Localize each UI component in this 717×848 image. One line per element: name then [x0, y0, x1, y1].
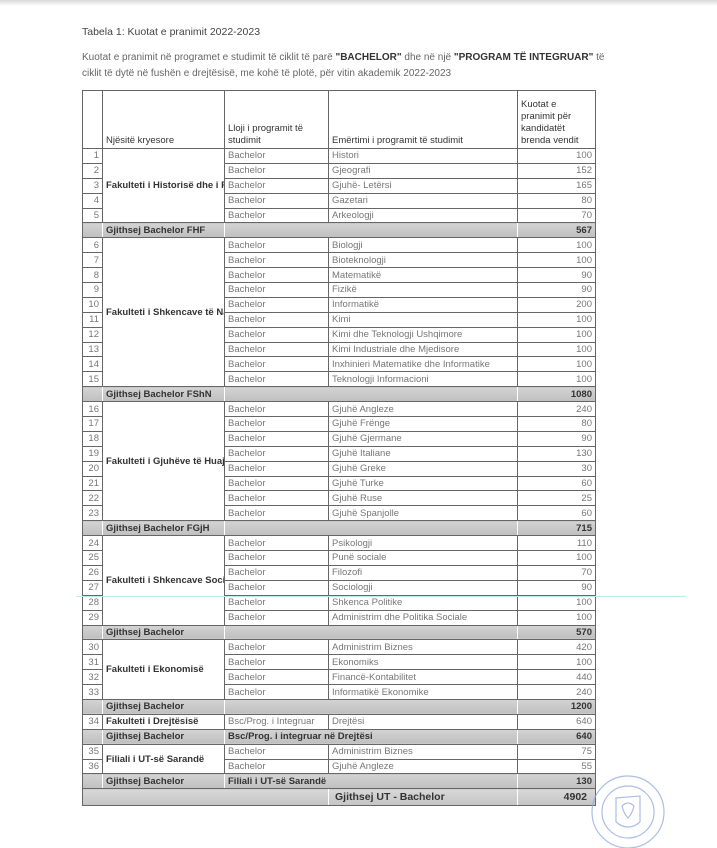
grand-total-row: Gjithsej UT - Bachelor4902 [83, 789, 596, 806]
subtotal-spacer [83, 699, 103, 714]
subtotal-label: Gjithsej Bachelor FHF [103, 223, 225, 238]
subtotal-middle [225, 387, 518, 402]
program-name: Kimi Industriale dhe Mjedisore [329, 342, 518, 357]
row-number: 1 [83, 149, 103, 164]
program-type: Bachelor [225, 446, 329, 461]
row-number: 15 [83, 372, 103, 387]
program-name: Gjuhë Ruse [329, 491, 518, 506]
subtotal-label: Gjithsej Bachelor [103, 699, 225, 714]
subtotal-spacer [83, 774, 103, 789]
subtotal-label: Gjithsej Bachelor FGjH [103, 521, 225, 536]
table-caption: Tabela 1: Kuotat e pranimit 2022-2023 [82, 26, 260, 38]
table-row: 35Filiali i UT-së SarandëBachelorAdminis… [83, 744, 596, 759]
table-row: 24Fakulteti i Shkencave SocialeBachelorP… [83, 536, 596, 551]
program-name: Gjuhë Turke [329, 476, 518, 491]
intro-text-2: dhe në një [402, 52, 454, 63]
subtotal-spacer [83, 223, 103, 238]
row-number: 6 [83, 238, 103, 253]
grand-total-label: Gjithsej UT - Bachelor [329, 789, 518, 806]
program-type: Bachelor [225, 506, 329, 521]
program-name: Psikologji [329, 536, 518, 551]
program-name: Gjuhë Frënge [329, 417, 518, 432]
quota-value: 90 [518, 268, 596, 283]
subtotal-middle: Filiali i UT-së Sarandë [225, 774, 518, 789]
row-number: 26 [83, 565, 103, 580]
subtotal-label: Gjithsej Bachelor FShN [103, 387, 225, 402]
row-number: 34 [83, 714, 103, 729]
program-type: Bsc/Prog. i Integruar [225, 714, 329, 729]
program-type: Bachelor [225, 149, 329, 164]
header-quota: Kuotat e pranimit për kandidatët brenda … [518, 91, 596, 149]
subtotal-row: Gjithsej Bachelor FGjH715 [83, 521, 596, 536]
program-name: Fizikë [329, 283, 518, 298]
subtotal-label: Gjithsej Bachelor [103, 625, 225, 640]
subtotal-value: 130 [518, 774, 596, 789]
quota-value: 440 [518, 670, 596, 685]
program-name: Gazetari [329, 193, 518, 208]
row-number: 4 [83, 193, 103, 208]
intro-paragraph: Kuotat e pranimit në programet e studimi… [82, 50, 622, 82]
program-name: Gjeografi [329, 163, 518, 178]
quota-value: 200 [518, 297, 596, 312]
program-type: Bachelor [225, 253, 329, 268]
program-type: Bachelor [225, 461, 329, 476]
program-type: Bachelor [225, 163, 329, 178]
subtotal-value: 1200 [518, 699, 596, 714]
quota-value: 30 [518, 461, 596, 476]
subtotal-row: Gjithsej BachelorBsc/Prog. i integruar n… [83, 729, 596, 744]
row-number: 21 [83, 476, 103, 491]
program-name: Teknologji Informacioni [329, 372, 518, 387]
row-number: 8 [83, 268, 103, 283]
quota-value: 100 [518, 357, 596, 372]
program-type: Bachelor [225, 193, 329, 208]
subtotal-label: Gjithsej Bachelor [103, 729, 225, 744]
subtotal-spacer [83, 387, 103, 402]
quota-value: 100 [518, 312, 596, 327]
program-type: Bachelor [225, 372, 329, 387]
quota-value: 165 [518, 178, 596, 193]
row-number: 16 [83, 402, 103, 417]
row-number: 13 [83, 342, 103, 357]
program-type: Bachelor [225, 744, 329, 759]
program-name: Gjuhë- Letërsi [329, 178, 518, 193]
quota-value: 100 [518, 595, 596, 610]
table-row: 34Fakulteti i DrejtësisëBsc/Prog. i Inte… [83, 714, 596, 729]
grand-total-value: 4902 [518, 789, 596, 806]
program-type: Bachelor [225, 297, 329, 312]
header-unit: Njësitë kryesore [103, 91, 225, 149]
program-type: Bachelor [225, 565, 329, 580]
program-name: Matematikë [329, 268, 518, 283]
row-number: 9 [83, 283, 103, 298]
subtotal-spacer [83, 729, 103, 744]
subtotal-middle [225, 699, 518, 714]
header-type: Lloji i programit të studimit [225, 91, 329, 149]
program-type: Bachelor [225, 342, 329, 357]
subtotal-middle [225, 625, 518, 640]
program-name: Gjuhë Angleze [329, 759, 518, 774]
program-type: Bachelor [225, 551, 329, 566]
quota-value: 90 [518, 580, 596, 595]
program-type: Bachelor [225, 312, 329, 327]
subtotal-value: 715 [518, 521, 596, 536]
program-name: Gjuhë Gjermane [329, 431, 518, 446]
row-number: 14 [83, 357, 103, 372]
program-type: Bachelor [225, 580, 329, 595]
program-name: Filozofi [329, 565, 518, 580]
row-number: 17 [83, 417, 103, 432]
quota-value: 70 [518, 208, 596, 223]
row-number: 24 [83, 536, 103, 551]
program-type: Bachelor [225, 476, 329, 491]
program-name: Gjuhë Italiane [329, 446, 518, 461]
program-name: Gjuhë Angleze [329, 402, 518, 417]
quota-value: 80 [518, 417, 596, 432]
program-type: Bachelor [225, 238, 329, 253]
quota-value: 60 [518, 476, 596, 491]
quota-value: 100 [518, 372, 596, 387]
program-type: Bachelor [225, 655, 329, 670]
quota-value: 240 [518, 685, 596, 700]
row-number: 2 [83, 163, 103, 178]
quota-value: 90 [518, 283, 596, 298]
page-top-shadow [0, 0, 717, 6]
subtotal-value: 640 [518, 729, 596, 744]
row-number: 10 [83, 297, 103, 312]
table-row: 16Fakulteti i Gjuhëve të HuajaBachelorGj… [83, 402, 596, 417]
subtotal-spacer [83, 521, 103, 536]
program-type: Bachelor [225, 491, 329, 506]
quota-value: 110 [518, 536, 596, 551]
program-type: Bachelor [225, 640, 329, 655]
program-name: Ekonomiks [329, 655, 518, 670]
unit-name: Filiali i UT-së Sarandë [103, 744, 225, 774]
quota-value: 100 [518, 149, 596, 164]
subtotal-value: 1080 [518, 387, 596, 402]
quota-value: 75 [518, 744, 596, 759]
table-header-row: Njësitë kryesore Lloji i programit të st… [83, 91, 596, 149]
program-name: Sociologji [329, 580, 518, 595]
program-name: Gjuhë Spanjolle [329, 506, 518, 521]
admission-quota-table: Njësitë kryesore Lloji i programit të st… [82, 90, 596, 806]
program-name: Punë sociale [329, 551, 518, 566]
program-name: Financë-Kontabilitet [329, 670, 518, 685]
quota-value: 100 [518, 327, 596, 342]
row-number: 5 [83, 208, 103, 223]
quota-value: 100 [518, 655, 596, 670]
quota-value: 25 [518, 491, 596, 506]
program-name: Gjuhë Greke [329, 461, 518, 476]
subtotal-row: Gjithsej Bachelor FShN1080 [83, 387, 596, 402]
row-number: 3 [83, 178, 103, 193]
quota-value: 80 [518, 193, 596, 208]
quota-value: 100 [518, 342, 596, 357]
table-body: 1Fakulteti i Historisë dhe i Filologjisë… [83, 149, 596, 806]
unit-name: Fakulteti i Shkencave të Natyrës [103, 238, 225, 387]
quota-value: 60 [518, 506, 596, 521]
intro-bold-integrated: "PROGRAM TË INTEGRUAR" [454, 52, 593, 63]
intro-bold-bachelor: "BACHELOR" [335, 52, 401, 63]
program-type: Bachelor [225, 357, 329, 372]
grand-total-spacer [83, 789, 329, 806]
program-type: Bachelor [225, 417, 329, 432]
row-number: 33 [83, 685, 103, 700]
row-number: 36 [83, 759, 103, 774]
program-name: Drejtësi [329, 714, 518, 729]
row-number: 25 [83, 551, 103, 566]
quota-value: 152 [518, 163, 596, 178]
quota-value: 100 [518, 610, 596, 625]
row-number: 28 [83, 595, 103, 610]
row-number: 29 [83, 610, 103, 625]
program-name: Administrim dhe Politika Sociale [329, 610, 518, 625]
subtotal-row: Gjithsej Bachelor FHF567 [83, 223, 596, 238]
intro-text-1: Kuotat e pranimit në programet e studimi… [82, 52, 335, 63]
program-name: Bioteknologji [329, 253, 518, 268]
row-number: 32 [83, 670, 103, 685]
program-type: Bachelor [225, 178, 329, 193]
program-name: Administrim Biznes [329, 744, 518, 759]
row-number: 22 [83, 491, 103, 506]
row-number: 12 [83, 327, 103, 342]
subtotal-spacer [83, 625, 103, 640]
row-number: 19 [83, 446, 103, 461]
subtotal-row: Gjithsej Bachelor570 [83, 625, 596, 640]
subtotal-middle: Bsc/Prog. i integruar në Drejtësi [225, 729, 518, 744]
subtotal-label: Gjithsej Bachelor [103, 774, 225, 789]
program-name: Inxhinieri Matematike dhe Informatike [329, 357, 518, 372]
unit-name: Fakulteti i Gjuhëve të Huaja [103, 402, 225, 521]
unit-name: Fakulteti i Drejtësisë [103, 714, 225, 729]
quota-value: 130 [518, 446, 596, 461]
program-type: Bachelor [225, 536, 329, 551]
program-name: Arkeologji [329, 208, 518, 223]
official-stamp-icon [588, 770, 668, 848]
unit-name: Fakulteti i Historisë dhe i Filologjisë [103, 149, 225, 223]
program-type: Bachelor [225, 208, 329, 223]
row-number: 7 [83, 253, 103, 268]
row-number: 30 [83, 640, 103, 655]
table-row: 30Fakulteti i EkonomisëBachelorAdministr… [83, 640, 596, 655]
row-number: 35 [83, 744, 103, 759]
quota-value: 90 [518, 431, 596, 446]
program-name: Histori [329, 149, 518, 164]
row-number: 18 [83, 431, 103, 446]
subtotal-value: 570 [518, 625, 596, 640]
quota-value: 240 [518, 402, 596, 417]
row-number: 23 [83, 506, 103, 521]
program-name: Kimi [329, 312, 518, 327]
subtotal-value: 567 [518, 223, 596, 238]
quota-value: 100 [518, 238, 596, 253]
program-name: Biologji [329, 238, 518, 253]
row-number: 11 [83, 312, 103, 327]
subtotal-row: Gjithsej BachelorFiliali i UT-së Sarandë… [83, 774, 596, 789]
header-number [83, 91, 103, 149]
program-name: Informatikë [329, 297, 518, 312]
program-type: Bachelor [225, 402, 329, 417]
quota-value: 640 [518, 714, 596, 729]
program-type: Bachelor [225, 685, 329, 700]
subtotal-middle [225, 521, 518, 536]
program-type: Bachelor [225, 268, 329, 283]
quota-value: 55 [518, 759, 596, 774]
subtotal-row: Gjithsej Bachelor1200 [83, 699, 596, 714]
program-type: Bachelor [225, 431, 329, 446]
subtotal-middle [225, 223, 518, 238]
row-number: 27 [83, 580, 103, 595]
program-type: Bachelor [225, 327, 329, 342]
program-name: Informatikë Ekonomike [329, 685, 518, 700]
header-program: Emërtimi i programit të studimit [329, 91, 518, 149]
scan-artifact-line [76, 596, 686, 597]
program-type: Bachelor [225, 759, 329, 774]
unit-name: Fakulteti i Shkencave Sociale [103, 536, 225, 625]
table-row: 6Fakulteti i Shkencave të NatyrësBachelo… [83, 238, 596, 253]
program-type: Bachelor [225, 595, 329, 610]
program-type: Bachelor [225, 610, 329, 625]
quota-value: 70 [518, 565, 596, 580]
program-name: Kimi dhe Teknologji Ushqimore [329, 327, 518, 342]
program-type: Bachelor [225, 670, 329, 685]
program-name: Administrim Biznes [329, 640, 518, 655]
program-type: Bachelor [225, 283, 329, 298]
table-row: 1Fakulteti i Historisë dhe i Filologjisë… [83, 149, 596, 164]
quota-value: 100 [518, 551, 596, 566]
row-number: 31 [83, 655, 103, 670]
quota-value: 100 [518, 253, 596, 268]
unit-name: Fakulteti i Ekonomisë [103, 640, 225, 700]
row-number: 20 [83, 461, 103, 476]
quota-value: 420 [518, 640, 596, 655]
program-name: Shkenca Politike [329, 595, 518, 610]
